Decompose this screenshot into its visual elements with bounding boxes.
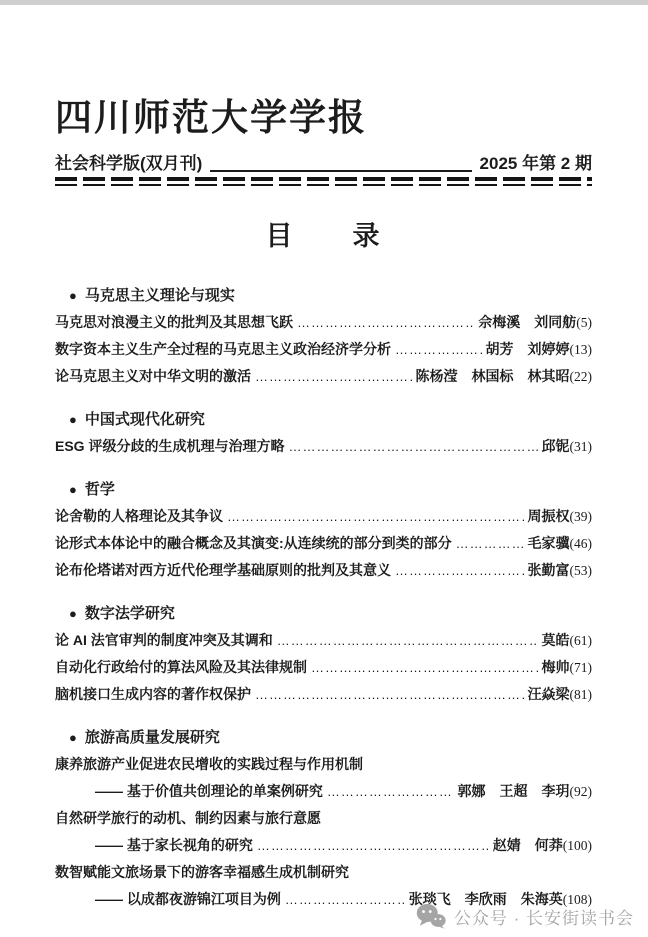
entry-authors: 莫皓	[542, 627, 570, 654]
entry-title: 论形式本体论中的融合概念及其演变:从连续统的部分到类的部分	[55, 530, 452, 557]
section-heading-label: 哲学	[85, 477, 115, 503]
toc-entry[interactable]: 脑机接口生成内容的著作权保护 汪焱梁 (81)	[55, 681, 592, 708]
wechat-watermark-label: 公众号 · 长安街读书会	[454, 904, 634, 929]
leader-dots	[395, 557, 524, 584]
leader-dots	[285, 886, 405, 913]
leader-dots	[311, 654, 538, 681]
toc-entry[interactable]: 自动化行政给付的算法风险及其法律规制 梅帅 (71)	[55, 654, 592, 681]
entry-title[interactable]: 自然研学旅行的动机、制约因素与旅行意愿	[55, 805, 592, 832]
section-philosophy: ● 哲学 论舍勒的人格理论及其争议 周振权 (39) 论形式本体论中的融合概念及…	[55, 477, 592, 584]
leader-dots	[395, 336, 482, 363]
entry-authors: 周振权	[528, 503, 570, 530]
edition-label: 社会科学版(双月刊)	[55, 149, 202, 174]
toc-entry[interactable]: 数字资本主义生产全过程的马克思主义政治经济学分析 胡芳 刘婷婷 (13)	[55, 336, 592, 363]
entry-page: (92)	[570, 778, 593, 805]
wechat-watermark: 公众号 · 长安街读书会	[416, 903, 634, 929]
section-tourism: ● 旅游高质量发展研究 康养旅游产业促进农民增收的实践过程与作用机制 —— 基于…	[55, 725, 592, 913]
toc-sections: ● 马克思主义理论与现实 马克思对浪漫主义的批判及其思想飞跃 佘梅溪 刘同舫 (…	[55, 283, 592, 913]
entry-page: (61)	[570, 627, 593, 654]
entry-title[interactable]: 康养旅游产业促进农民增收的实践过程与作用机制	[55, 751, 592, 778]
entry-page: (31)	[570, 433, 593, 460]
bullet-icon: ●	[69, 477, 77, 503]
entry-subtitle: —— 以成都夜游锦江项目为例	[95, 886, 281, 913]
leader-dots	[288, 433, 537, 460]
entry-authors: 梅帅	[542, 654, 570, 681]
toc-entry[interactable]: 论舍勒的人格理论及其争议 周振权 (39)	[55, 503, 592, 530]
leader-dots	[456, 530, 524, 557]
entry-title: 论舍勒的人格理论及其争议	[55, 503, 223, 530]
masthead-rule	[210, 170, 471, 172]
entry-subtitle: —— 基于家长视角的研究	[95, 832, 253, 859]
entry-authors: 张勤富	[528, 557, 570, 584]
toc-entry[interactable]: 论马克思主义对中华文明的激活 陈杨滢 林国标 林其昭 (22)	[55, 363, 592, 390]
leader-dots	[255, 363, 412, 390]
entry-authors: 郭娜 王超 李玥	[458, 778, 570, 805]
toc-title: 目 录	[55, 214, 592, 253]
entry-authors: 邱铌	[542, 433, 570, 460]
section-digital-law: ● 数字法学研究 论 AI 法官审判的制度冲突及其调和 莫皓 (61) 自动化行…	[55, 601, 592, 708]
entry-authors: 陈杨滢 林国标 林其昭	[416, 363, 570, 390]
entry-page: (22)	[570, 363, 593, 390]
leader-dots	[277, 627, 538, 654]
issue-label: 2025 年第 2 期	[480, 149, 592, 174]
toc-entry[interactable]: ESG 评级分歧的生成机理与治理方略 邱铌 (31)	[55, 433, 592, 460]
entry-subtitle: —— 基于价值共创理论的单案例研究	[95, 778, 323, 805]
leader-dots	[297, 309, 474, 336]
entry-page: (100)	[563, 832, 592, 859]
wechat-icon	[416, 903, 446, 929]
entry-authors: 汪焱梁	[528, 681, 570, 708]
entry-authors: 赵婧 何莽	[493, 832, 563, 859]
toc-entry-subtitle[interactable]: —— 基于家长视角的研究 赵婧 何莽 (100)	[55, 832, 592, 859]
entry-page: (81)	[570, 681, 593, 708]
entry-title: 论布伦塔诺对西方近代伦理学基础原则的批判及其意义	[55, 557, 391, 584]
entry-title: 自动化行政给付的算法风险及其法律规制	[55, 654, 307, 681]
entry-title: 脑机接口生成内容的著作权保护	[55, 681, 251, 708]
scan-top-edge	[0, 0, 648, 5]
bullet-icon: ●	[69, 725, 77, 751]
section-heading-label: 数字法学研究	[85, 601, 175, 627]
entry-title: 马克思对浪漫主义的批判及其思想飞跃	[55, 309, 293, 336]
section-heading-label: 马克思主义理论与现实	[85, 283, 235, 309]
leader-dots	[227, 503, 524, 530]
leader-dots	[255, 681, 524, 708]
entry-page: (46)	[570, 530, 593, 557]
toc-entry[interactable]: 论 AI 法官审判的制度冲突及其调和 莫皓 (61)	[55, 627, 592, 654]
entry-title: 数字资本主义生产全过程的马克思主义政治经济学分析	[55, 336, 391, 363]
entry-title: ESG 评级分歧的生成机理与治理方略	[55, 433, 284, 460]
entry-authors: 佘梅溪 刘同舫	[478, 309, 576, 336]
section-heading-label: 中国式现代化研究	[85, 407, 205, 433]
divider-thin-dashed	[55, 184, 592, 186]
divider-thick-dashed	[55, 177, 592, 181]
entry-title: 论马克思主义对中华文明的激活	[55, 363, 251, 390]
toc-entry[interactable]: 论形式本体论中的融合概念及其演变:从连续统的部分到类的部分 毛家骥 (46)	[55, 530, 592, 557]
section-heading: ● 哲学	[55, 477, 592, 503]
section-heading: ● 马克思主义理论与现实	[55, 283, 592, 309]
entry-page: (5)	[576, 309, 592, 336]
entry-authors: 毛家骥	[528, 530, 570, 557]
section-heading: ● 中国式现代化研究	[55, 407, 592, 433]
section-marxism: ● 马克思主义理论与现实 马克思对浪漫主义的批判及其思想飞跃 佘梅溪 刘同舫 (…	[55, 283, 592, 390]
toc-entry[interactable]: 论布伦塔诺对西方近代伦理学基础原则的批判及其意义 张勤富 (53)	[55, 557, 592, 584]
bullet-icon: ●	[69, 601, 77, 627]
masthead-subrow: 社会科学版(双月刊) 2025 年第 2 期	[55, 149, 592, 174]
entry-page: (39)	[570, 503, 593, 530]
entry-authors: 胡芳 刘婷婷	[486, 336, 570, 363]
bullet-icon: ●	[69, 283, 77, 309]
bullet-icon: ●	[69, 407, 77, 433]
section-heading-label: 旅游高质量发展研究	[85, 725, 220, 751]
leader-dots	[257, 832, 489, 859]
toc-entry-subtitle[interactable]: —— 基于价值共创理论的单案例研究 郭娜 王超 李玥 (92)	[55, 778, 592, 805]
section-modernization: ● 中国式现代化研究 ESG 评级分歧的生成机理与治理方略 邱铌 (31)	[55, 407, 592, 460]
entry-title[interactable]: 数智赋能文旅场景下的游客幸福感生成机制研究	[55, 859, 592, 886]
entry-page: (13)	[570, 336, 593, 363]
entry-page: (71)	[570, 654, 593, 681]
journal-title: 四川师范大学学报	[55, 95, 592, 141]
entry-title: 论 AI 法官审判的制度冲突及其调和	[55, 627, 273, 654]
section-heading: ● 数字法学研究	[55, 601, 592, 627]
leader-dots	[327, 778, 454, 805]
toc-entry[interactable]: 马克思对浪漫主义的批判及其思想飞跃 佘梅溪 刘同舫 (5)	[55, 309, 592, 336]
entry-page: (53)	[570, 557, 593, 584]
section-heading: ● 旅游高质量发展研究	[55, 725, 592, 751]
toc-page: 四川师范大学学报 社会科学版(双月刊) 2025 年第 2 期 目 录 ● 马克…	[0, 95, 648, 913]
